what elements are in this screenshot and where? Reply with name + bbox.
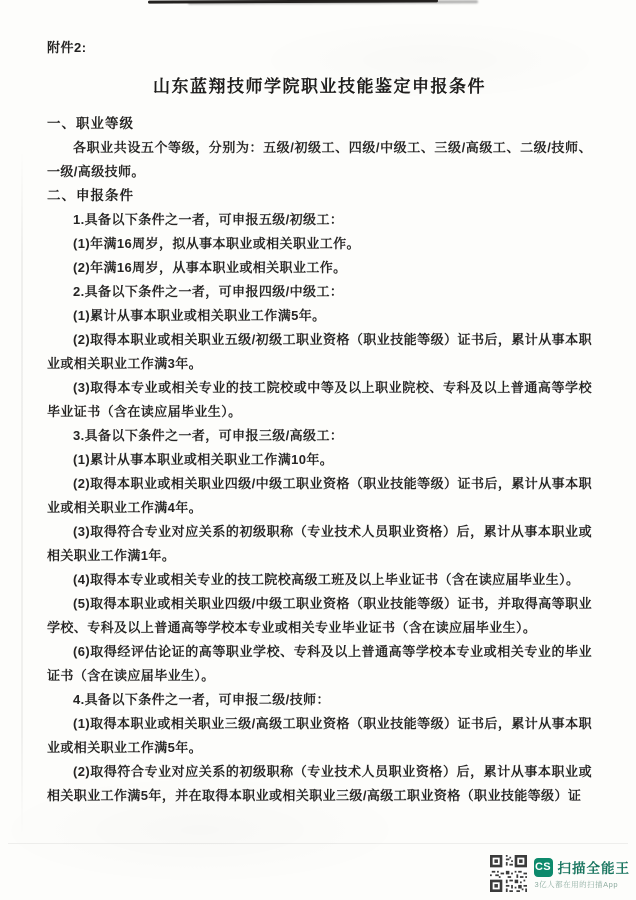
section-heading-application-conditions: 二、申报条件 <box>47 184 592 208</box>
paragraph: (3)取得符合专业对应关系的初级职称（专业技术人员职业资格）后，累计从事本职业或… <box>47 520 592 568</box>
document-content: 附件2: 山东蓝翔技师学院职业技能鉴定申报条件 一、职业等级 各职业共设五个等级… <box>47 36 592 808</box>
paper-bottom-edge <box>8 843 628 844</box>
attachment-label: 附件2: <box>47 36 592 59</box>
paragraph: (4)取得本专业或相关专业的技工院校高级工班及以上毕业证书（含在读应届毕业生）。 <box>47 568 592 592</box>
scanned-document-page: 附件2: 山东蓝翔技师学院职业技能鉴定申报条件 一、职业等级 各职业共设五个等级… <box>0 0 636 900</box>
paragraph: (2)取得本职业或相关职业四级/中级工职业资格（职业技能等级）证书后，累计从事本… <box>47 472 592 520</box>
camscanner-logo-icon: CS <box>534 858 553 877</box>
paragraph: 1.具备以下条件之一者，可申报五级/初级工： <box>47 208 592 232</box>
camscanner-watermark: CS 扫描全能王 3亿人都在用的扫描App <box>490 855 631 892</box>
paragraph: 2.具备以下条件之一者，可申报四级/中级工： <box>47 280 592 304</box>
qr-code-icon <box>490 855 527 892</box>
paragraph: (3)取得本专业或相关专业的技工院校或中等及以上职业院校、专科及以上普通高等学校… <box>47 376 592 424</box>
watermark-app-name: 扫描全能王 <box>558 857 631 877</box>
paragraph: (2)取得本职业或相关职业五级/初级工职业资格（职业技能等级）证书后，累计从事本… <box>47 328 592 376</box>
watermark-tagline: 3亿人都在用的扫描App <box>534 879 631 890</box>
paragraph: 4.具备以下条件之一者，可申报二级/技师： <box>47 688 592 712</box>
paragraph: (1)累计从事本职业或相关职业工作满5年。 <box>47 304 592 328</box>
paragraph: (1)年满16周岁，拟从事本职业或相关职业工作。 <box>47 232 592 256</box>
paragraph: 3.具备以下条件之一者，可申报三级/高级工： <box>47 424 592 448</box>
section-heading-occupation-levels: 一、职业等级 <box>47 112 592 136</box>
paragraph: (1)累计从事本职业或相关职业工作满10年。 <box>47 448 592 472</box>
scanner-artifact-line <box>148 0 438 4</box>
paragraph: (2)年满16周岁，从事本职业或相关职业工作。 <box>47 256 592 280</box>
page-left-shadow <box>21 150 23 838</box>
paragraph: 各职业共设五个等级，分别为：五级/初级工、四级/中级工、三级/高级工、二级/技师… <box>47 136 592 184</box>
paragraph: (2)取得符合专业对应关系的初级职称（专业技术人员职业资格）后，累计从事本职业或… <box>47 760 592 808</box>
paragraph: (5)取得本职业或相关职业四级/中级工职业资格（职业技能等级）证书，并取得高等职… <box>47 592 592 640</box>
paragraph: (6)取得经评估论证的高等职业学校、专科及以上普通高等学校本专业或相关专业的毕业… <box>47 640 592 688</box>
page-title: 山东蓝翔技师学院职业技能鉴定申报条件 <box>47 74 592 100</box>
paragraph: (1)取得本职业或相关职业三级/高级工职业资格（职业技能等级）证书后，累计从事本… <box>47 712 592 760</box>
